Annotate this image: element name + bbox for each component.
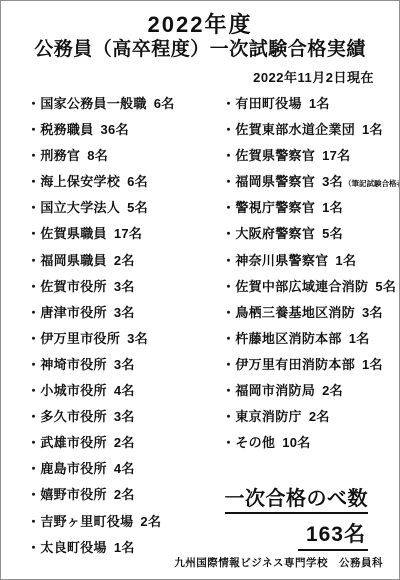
- list-item: ・福岡市消防局2名: [222, 378, 400, 404]
- item-name: 杵藤地区消防本部: [235, 331, 341, 346]
- list-item: ・国立大学法人5名: [27, 195, 222, 221]
- item-count: 8名: [87, 148, 108, 163]
- page-subtitle: 公務員（高卒程度）一次試験合格実績: [1, 34, 399, 61]
- list-item: ・杵藤地区消防本部1名: [222, 326, 400, 352]
- bullet-icon: ・: [27, 456, 40, 482]
- result-list-left: ・国家公務員一般職6名・税務職員36名・刑務官8名・海上保安学校6名・国立大学法…: [27, 91, 222, 561]
- list-item: ・有田町役場1名: [222, 91, 400, 117]
- item-count: 17名: [114, 226, 142, 241]
- bullet-icon: ・: [222, 143, 235, 169]
- item-count: 3名: [114, 279, 135, 294]
- item-count: 3名: [114, 357, 135, 372]
- item-count: 1名: [335, 253, 356, 268]
- list-item: ・多久市役所3名: [27, 404, 222, 430]
- item-name: 佐賀県警察官: [235, 148, 315, 163]
- item-name: 佐賀東部水道企業団: [235, 122, 355, 137]
- item-count: 1名: [309, 96, 330, 111]
- bullet-icon: ・: [27, 482, 40, 508]
- bullet-icon: ・: [222, 274, 235, 300]
- list-item: ・佐賀中部広域連合消防5名: [222, 274, 400, 300]
- bullet-icon: ・: [222, 352, 235, 378]
- item-name: 福岡市消防局: [235, 383, 315, 398]
- list-item: ・小城市役所4名: [27, 378, 222, 404]
- item-name: 佐賀市役所: [40, 279, 107, 294]
- item-name: 海上保安学校: [40, 174, 120, 189]
- summary-value-row: 163名: [222, 518, 368, 551]
- item-count: 4名: [114, 461, 135, 476]
- bullet-icon: ・: [27, 326, 40, 352]
- item-name: 佐賀中部広域連合消防: [235, 279, 368, 294]
- item-name: 刑務官: [40, 148, 80, 163]
- list-item: ・警視庁警察官1名: [222, 195, 400, 221]
- item-name: 武雄市役所: [40, 435, 107, 450]
- item-name: 伊万里有田消防本部: [235, 357, 355, 372]
- item-name: 神奈川県警察官: [235, 253, 328, 268]
- item-count: 10名: [282, 435, 310, 450]
- list-item: ・国家公務員一般職6名: [27, 91, 222, 117]
- item-count: 2名: [114, 435, 135, 450]
- item-count: 2名: [140, 514, 161, 529]
- bullet-icon: ・: [222, 91, 235, 117]
- item-count: 36名: [101, 122, 129, 137]
- item-name: 国立大学法人: [40, 200, 120, 215]
- summary-value: 163名: [298, 518, 368, 551]
- item-count: 1名: [114, 540, 135, 555]
- footer-school-name: 九州国際情報ビジネス専門学校 公務員科: [174, 555, 383, 570]
- bullet-icon: ・: [27, 248, 40, 274]
- item-count: 5名: [375, 279, 396, 294]
- list-item: ・佐賀市役所3名: [27, 274, 222, 300]
- item-count: 2名: [114, 253, 135, 268]
- item-name: 佐賀県職員: [40, 226, 107, 241]
- item-count: 3名: [127, 331, 148, 346]
- item-count: 3名: [322, 174, 343, 189]
- item-name: 税務職員: [40, 122, 93, 137]
- list-item: ・佐賀県警察官17名: [222, 143, 400, 169]
- result-flyer: 2022年度 公務員（高卒程度）一次試験合格実績 2022年11月2日現在 ・国…: [0, 0, 400, 580]
- item-note: （筆記試験合格者）: [344, 179, 400, 188]
- item-count: 3名: [362, 305, 383, 320]
- list-item: ・唐津市役所3名: [27, 300, 222, 326]
- item-name: 福岡県警察官: [235, 174, 315, 189]
- list-item: ・佐賀県職員17名: [27, 221, 222, 247]
- item-count: 1名: [362, 357, 383, 372]
- bullet-icon: ・: [222, 300, 235, 326]
- item-count: 1名: [362, 122, 383, 137]
- item-count: 2名: [322, 383, 343, 398]
- list-item: ・海上保安学校6名: [27, 169, 222, 195]
- bullet-icon: ・: [27, 169, 40, 195]
- bullet-icon: ・: [27, 300, 40, 326]
- item-count: 1名: [349, 331, 370, 346]
- bullet-icon: ・: [222, 248, 235, 274]
- item-count: 17名: [322, 148, 350, 163]
- bullet-icon: ・: [222, 430, 235, 456]
- list-item: ・神奈川県警察官1名: [222, 248, 400, 274]
- item-name: 大阪府警察官: [235, 226, 315, 241]
- bullet-icon: ・: [222, 169, 235, 195]
- list-item: ・武雄市役所2名: [27, 430, 222, 456]
- item-name: 多久市役所: [40, 409, 107, 424]
- list-item: ・福岡県職員2名: [27, 248, 222, 274]
- list-item: ・嬉野市役所2名: [27, 482, 222, 508]
- bullet-icon: ・: [27, 404, 40, 430]
- list-item: ・伊万里有田消防本部1名: [222, 352, 400, 378]
- bullet-icon: ・: [222, 326, 235, 352]
- item-count: 1名: [322, 200, 343, 215]
- item-name: 警視庁警察官: [235, 200, 315, 215]
- list-item: ・吉野ヶ里町役場2名: [27, 509, 222, 535]
- item-count: 6名: [127, 174, 148, 189]
- list-item: ・鹿島市役所4名: [27, 456, 222, 482]
- bullet-icon: ・: [27, 430, 40, 456]
- as-of-date: 2022年11月2日現在: [253, 67, 374, 86]
- list-item: ・佐賀東部水道企業団1名: [222, 117, 400, 143]
- item-name: 神埼市役所: [40, 357, 107, 372]
- item-count: 5名: [127, 200, 148, 215]
- bullet-icon: ・: [27, 378, 40, 404]
- item-name: 小城市役所: [40, 383, 107, 398]
- item-name: 鹿島市役所: [40, 461, 107, 476]
- item-count: 5名: [322, 226, 343, 241]
- list-item: ・刑務官8名: [27, 143, 222, 169]
- bullet-icon: ・: [27, 195, 40, 221]
- item-count: 3名: [114, 305, 135, 320]
- item-name: 鳥栖三養基地区消防: [235, 305, 355, 320]
- list-item: ・大阪府警察官5名: [222, 221, 400, 247]
- item-count: 2名: [309, 409, 330, 424]
- bullet-icon: ・: [222, 378, 235, 404]
- item-count: 3名: [114, 409, 135, 424]
- item-count: 4名: [114, 383, 135, 398]
- item-name: 唐津市役所: [40, 305, 107, 320]
- item-name: その他: [235, 435, 275, 450]
- summary-block: 一次合格のべ数 163名: [222, 482, 368, 551]
- item-name: 国家公務員一般職: [40, 96, 146, 111]
- item-name: 東京消防庁: [235, 409, 302, 424]
- bullet-icon: ・: [27, 352, 40, 378]
- list-item: ・伊万里市役所3名: [27, 326, 222, 352]
- bullet-icon: ・: [27, 274, 40, 300]
- bullet-icon: ・: [222, 404, 235, 430]
- bullet-icon: ・: [27, 91, 40, 117]
- item-count: 2名: [114, 487, 135, 502]
- item-name: 福岡県職員: [40, 253, 107, 268]
- bullet-icon: ・: [222, 117, 235, 143]
- item-name: 有田町役場: [235, 96, 302, 111]
- item-count: 6名: [154, 96, 175, 111]
- bullet-icon: ・: [27, 509, 40, 535]
- item-name: 吉野ヶ里町役場: [40, 514, 133, 529]
- bullet-icon: ・: [27, 117, 40, 143]
- bullet-icon: ・: [222, 195, 235, 221]
- list-item: ・福岡県警察官3名（筆記試験合格者）: [222, 169, 400, 195]
- bullet-icon: ・: [222, 221, 235, 247]
- item-name: 伊万里市役所: [40, 331, 120, 346]
- list-item: ・その他10名: [222, 430, 400, 456]
- list-item: ・税務職員36名: [27, 117, 222, 143]
- list-item: ・神埼市役所3名: [27, 352, 222, 378]
- summary-label: 一次合格のべ数: [225, 482, 369, 514]
- bullet-icon: ・: [27, 143, 40, 169]
- bullet-icon: ・: [27, 221, 40, 247]
- list-item: ・東京消防庁2名: [222, 404, 400, 430]
- bullet-icon: ・: [27, 535, 40, 561]
- item-name: 太良町役場: [40, 540, 107, 555]
- item-name: 嬉野市役所: [40, 487, 107, 502]
- list-item: ・鳥栖三養基地区消防3名: [222, 300, 400, 326]
